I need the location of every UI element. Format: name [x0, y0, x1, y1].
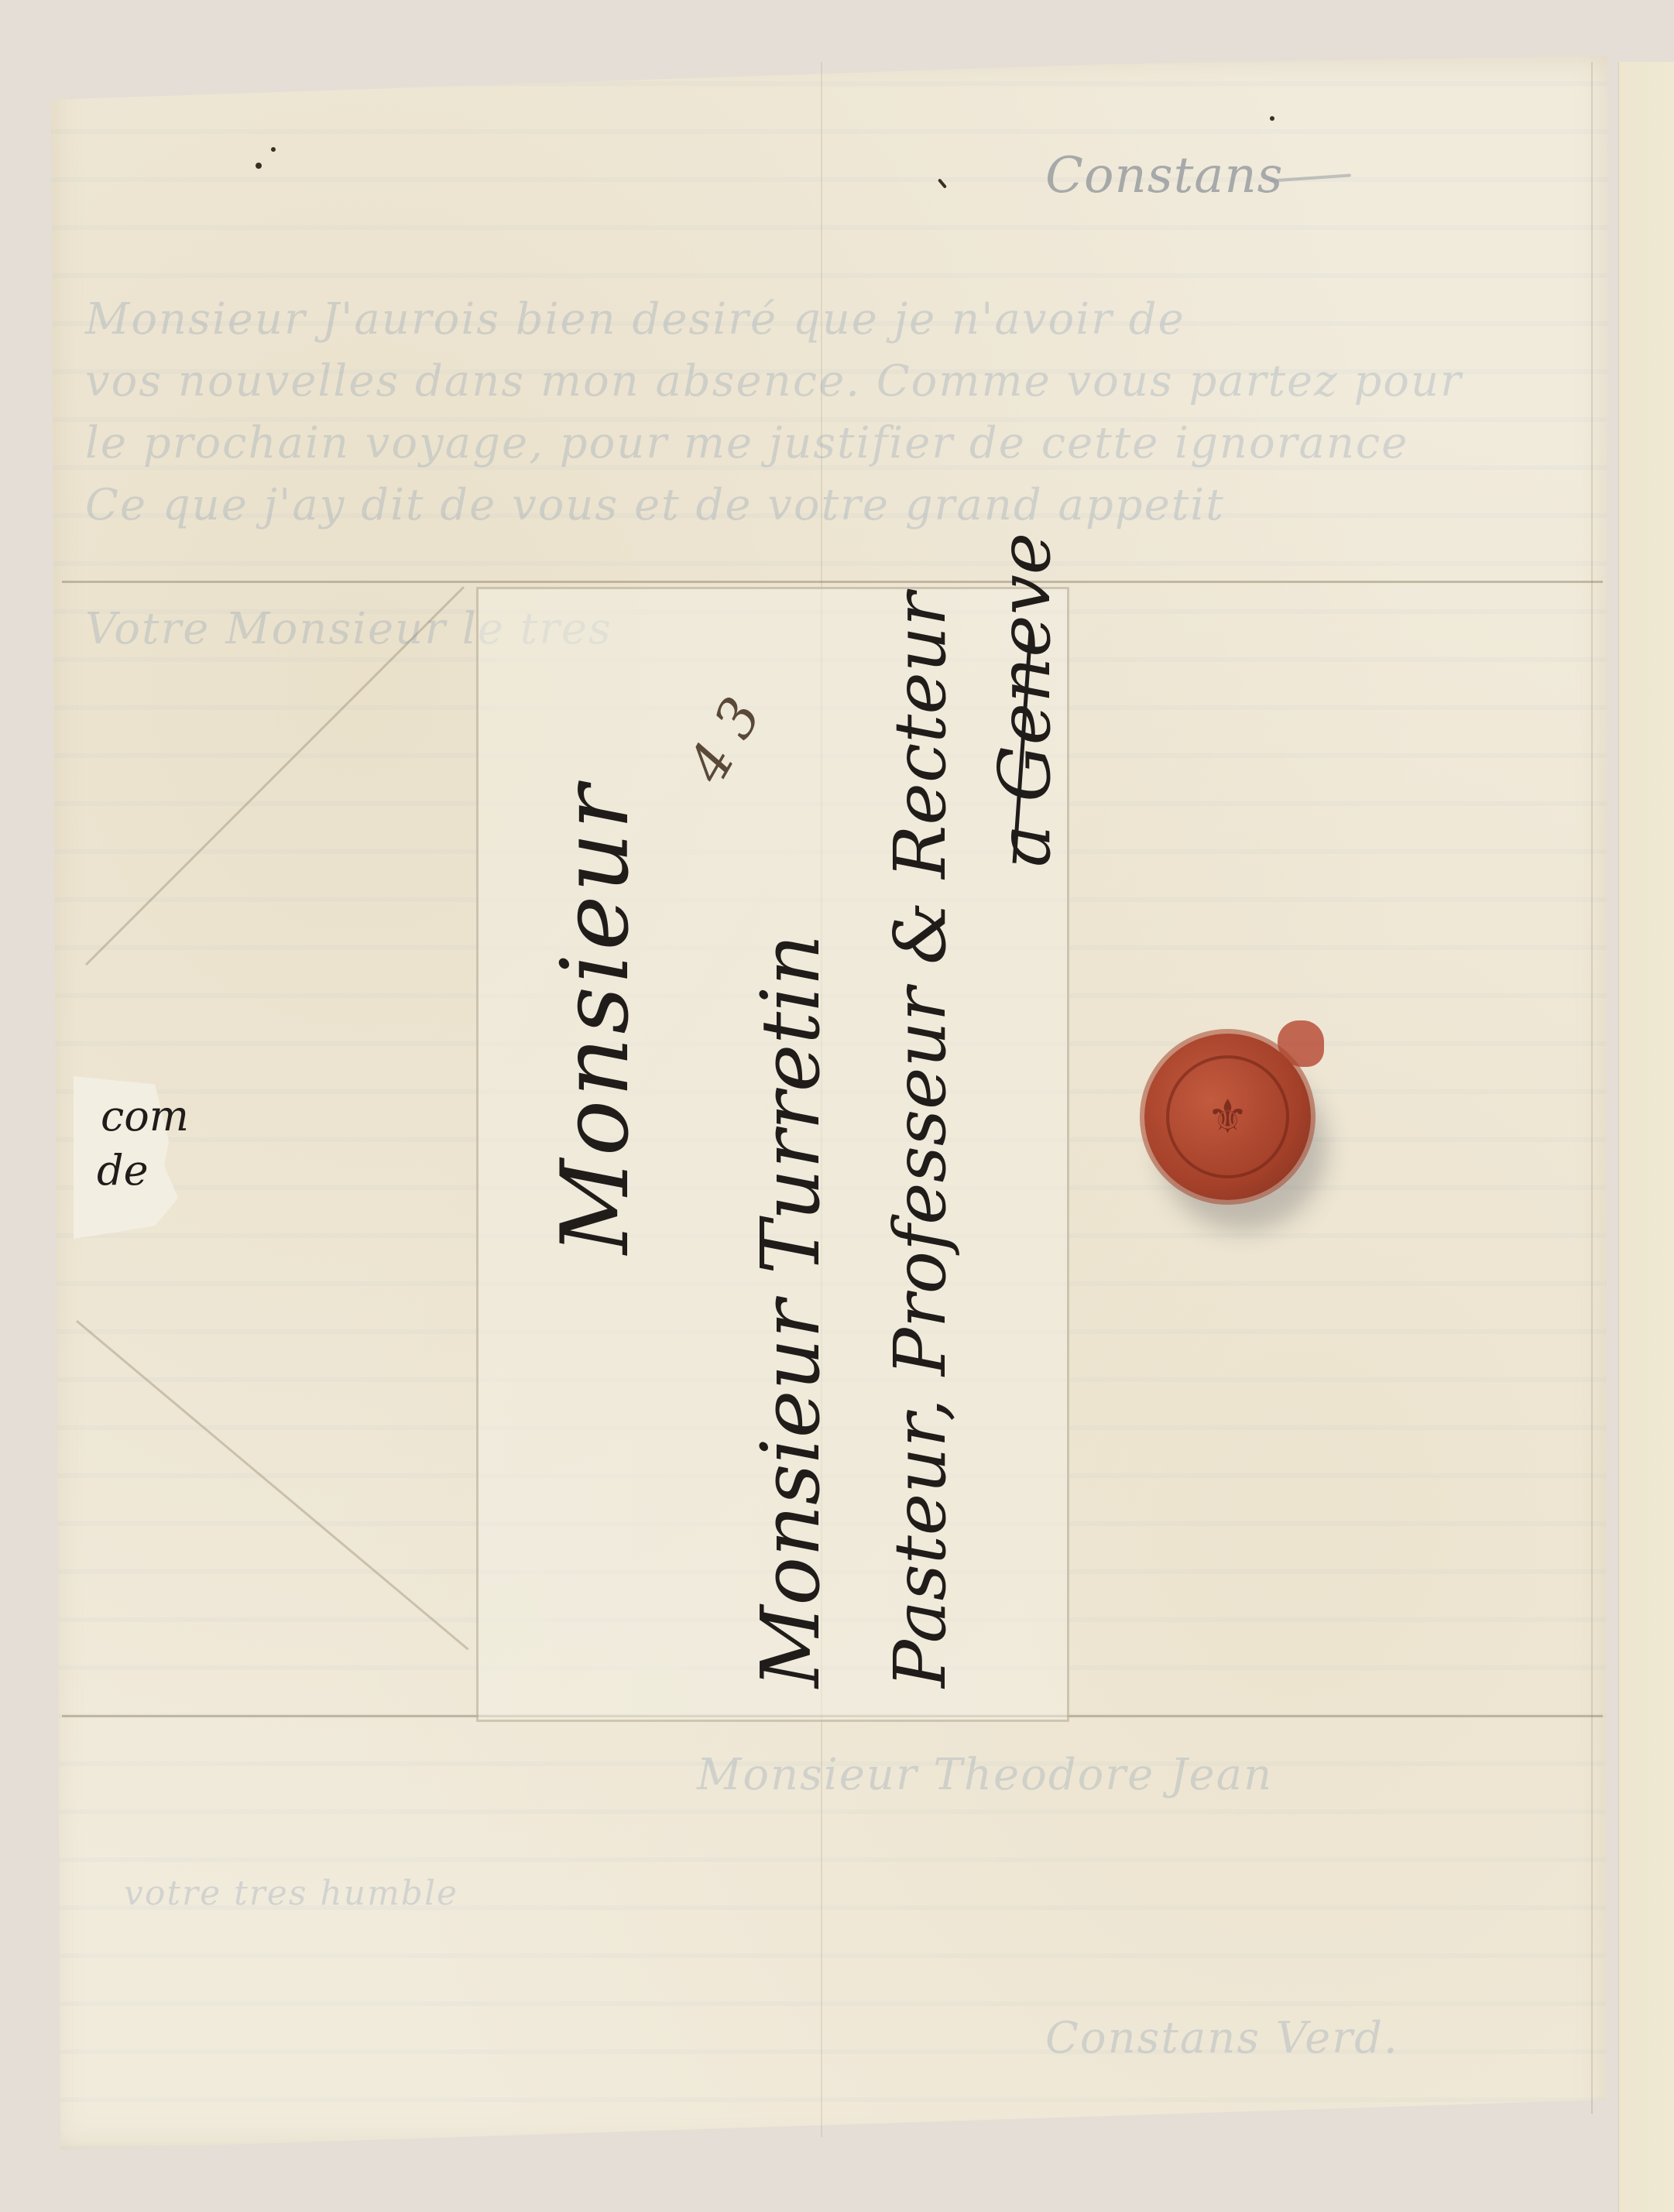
mount-board-strip — [1618, 62, 1674, 2212]
ink-speck — [256, 163, 262, 169]
bleed-through-line: Monsieur J'aurois bien desiré que je n'a… — [85, 294, 1185, 345]
ink-speck — [1270, 116, 1274, 121]
address-titles: Pasteur, Professeur & Recteur — [879, 592, 962, 1688]
wax-seal: ⚜ — [1144, 1034, 1311, 1200]
fragment-word: com — [101, 1092, 189, 1140]
ink-speck — [271, 147, 276, 152]
bleed-through-line: Constans Verd. — [1045, 2013, 1399, 2063]
bleed-through-line: le prochain voyage, pour me justifier de… — [85, 418, 1408, 468]
bleed-through-line: vos nouvelles dans mon absence. Comme vo… — [85, 356, 1463, 406]
bleed-through-line: Monsieur Theodore Jean — [697, 1750, 1273, 1800]
address-recipient: Monsieur Turretin — [743, 935, 838, 1688]
address-salutation: Monsieur — [542, 782, 650, 1254]
bleed-through-line: Ce que j'ay dit de vous et de votre gran… — [85, 480, 1225, 530]
bleed-through-line: votre tres humble — [124, 1874, 458, 1913]
archival-pencil-note: Constans — [1045, 147, 1284, 204]
coat-of-arms-icon: ⚜ — [1191, 1080, 1264, 1154]
fragment-word: de — [97, 1146, 149, 1195]
fold-line-top — [62, 581, 1603, 583]
fold-line-right — [1591, 62, 1593, 2114]
